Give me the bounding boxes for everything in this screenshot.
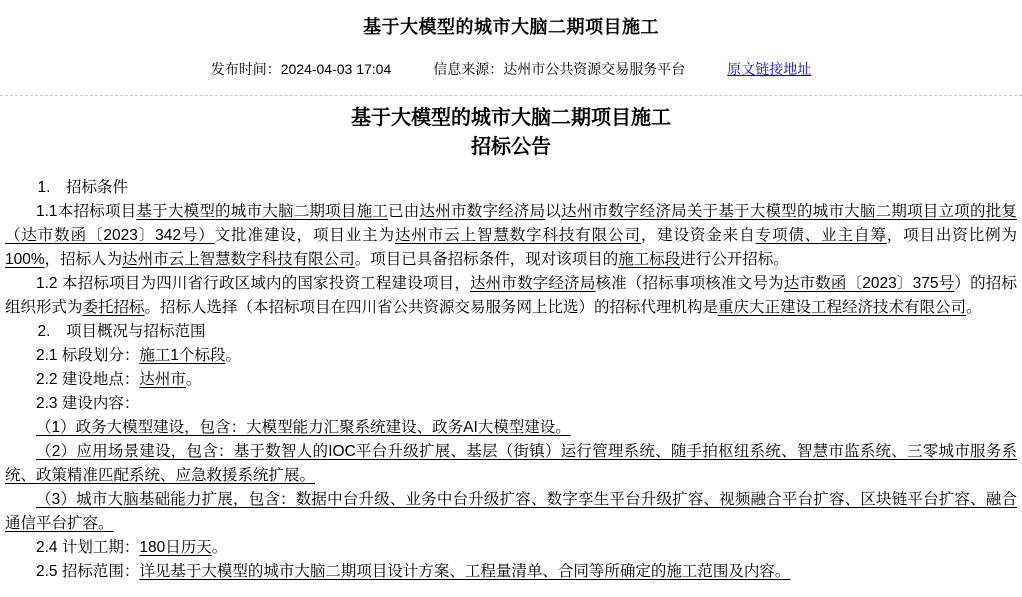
- underlined-text: 详见基于大模型的城市大脑二期项目设计方案、工程量清单、合同等所确定的施工范围及内…: [139, 563, 790, 580]
- text-run: ，招标人为: [45, 251, 123, 268]
- paragraph-2-3: 2.3 建设内容：: [5, 392, 1017, 416]
- original-link[interactable]: 原文链接地址: [727, 59, 811, 79]
- text-run: 1. 招标条件: [38, 179, 128, 196]
- paragraph-2-5: 2.5 招标范围：详见基于大模型的城市大脑二期项目设计方案、工程量清单、合同等所…: [5, 560, 1017, 584]
- paragraph-list: 1. 招标条件1.1本招标项目基于大模型的城市大脑二期项目施工已由达州市数字经济…: [5, 176, 1017, 584]
- underlined-text: 达州市: [139, 371, 186, 388]
- underlined-text: 达州市数字经济局: [420, 203, 546, 220]
- text-run: 。: [225, 347, 241, 364]
- underlined-text: 委托招标: [83, 299, 145, 316]
- text-run: ，建设资金来自: [641, 227, 756, 244]
- underlined-text: 施工1个标段: [139, 347, 225, 364]
- underlined-text: 180日历天: [139, 539, 211, 556]
- document-title: 基于大模型的城市大脑二期项目施工: [5, 104, 1017, 133]
- underlined-text: （1）政务大模型建设，包含：大模型能力汇聚系统建设、政务AI大模型建设。: [36, 419, 571, 436]
- paragraph-2-2: 2.2 建设地点：达州市。: [5, 368, 1017, 392]
- underlined-text: 重庆大正建设工程经济技术有限公司: [718, 299, 966, 316]
- text-run: 2. 项目概况与招标范围: [38, 323, 206, 340]
- text-run: 以: [545, 203, 561, 220]
- text-run: 。招标人选择（本招标项目在四川省公共资源交易服务网上比选）的招标代理机构是: [145, 299, 719, 316]
- underlined-text: 达州市云上智慧数字科技有限公司: [395, 227, 641, 244]
- underlined-text: （2）应用场景建设，包含：基于数智人的IOC平台升级扩展、基层（街镇）运行管理系…: [5, 443, 1017, 484]
- underlined-text: 施工标段: [618, 251, 680, 268]
- text-run: ，项目出资比例为: [887, 227, 1017, 244]
- text-run: 。: [212, 539, 228, 556]
- paragraph-2-3-item-2: （2）应用场景建设，包含：基于数智人的IOC平台升级扩展、基层（街镇）运行管理系…: [5, 440, 1017, 488]
- underlined-text: 基于大模型的城市大脑二期项目施工: [136, 203, 388, 220]
- text-run: 进行公开招标。: [680, 251, 789, 268]
- document-body: 基于大模型的城市大脑二期项目施工 招标公告 1. 招标条件1.1本招标项目基于大…: [0, 104, 1022, 584]
- publish-time: 发布时间：2024-04-03 17:04: [211, 59, 392, 79]
- text-run: 1.2 本招标项目为四川省行政区域内的国家投资工程建设项目，: [36, 275, 470, 292]
- publish-time-value: 2024-04-03 17:04: [281, 61, 392, 77]
- info-source-value: 达州市公共资源交易服务平台: [503, 61, 685, 77]
- paragraph-1-1: 1.1本招标项目基于大模型的城市大脑二期项目施工已由达州市数字经济局以达州市数字…: [5, 200, 1017, 272]
- info-source-label: 信息来源：: [433, 61, 503, 77]
- paragraph-2-1: 2.1 标段划分：施工1个标段。: [5, 344, 1017, 368]
- paragraph-2-4: 2.4 计划工期：180日历天。: [5, 536, 1017, 560]
- publish-time-label: 发布时间：: [211, 61, 281, 77]
- page-header: 基于大模型的城市大脑二期项目施工 发布时间：2024-04-03 17:04 信…: [0, 0, 1022, 79]
- paragraph-1-2: 1.2 本招标项目为四川省行政区域内的国家投资工程建设项目，达州市数字经济局核准…: [5, 272, 1017, 320]
- underlined-text: 专项债、业主自筹: [756, 227, 887, 244]
- text-run: 2.3 建设内容：: [36, 395, 139, 412]
- underlined-text: 100%: [5, 251, 45, 268]
- text-run: 。: [966, 299, 982, 316]
- header-divider: [0, 95, 1022, 96]
- underlined-text: 达市数函〔2023〕375号: [784, 275, 955, 292]
- text-run: 2.2 建设地点：: [36, 371, 139, 388]
- text-run: 。: [186, 371, 202, 388]
- underlined-text: （3）城市大脑基础能力扩展，包含：数据中台升级、业务中台升级扩容、数字孪生平台升…: [5, 491, 1017, 532]
- underlined-text: 达州市数字经济局: [470, 275, 596, 292]
- meta-row: 发布时间：2024-04-03 17:04 信息来源：达州市公共资源交易服务平台…: [0, 59, 1022, 79]
- document-subtitle: 招标公告: [5, 133, 1017, 162]
- text-run: 1.1本招标项目: [36, 203, 136, 220]
- section-2-heading: 2. 项目概况与招标范围: [5, 320, 1017, 344]
- text-run: 2.1 标段划分：: [36, 347, 139, 364]
- page-title: 基于大模型的城市大脑二期项目施工: [0, 13, 1022, 39]
- text-run: 核准（招标事项核准文号为: [596, 275, 784, 292]
- text-run: 2.5 招标范围：: [36, 563, 139, 580]
- text-run: 。项目已具备招标条件，现对该项目的: [355, 251, 619, 268]
- paragraph-2-3-item-1: （1）政务大模型建设，包含：大模型能力汇聚系统建设、政务AI大模型建设。: [5, 416, 1017, 440]
- section-1-heading: 1. 招标条件: [5, 176, 1017, 200]
- text-run: 2.4 计划工期：: [36, 539, 139, 556]
- text-run: 已由: [388, 203, 419, 220]
- underlined-text: 达州市云上智慧数字科技有限公司: [122, 251, 355, 268]
- paragraph-2-3-item-3: （3）城市大脑基础能力扩展，包含：数据中台升级、业务中台升级扩容、数字孪生平台升…: [5, 488, 1017, 536]
- text-run: 文批准建设，项目业主为: [215, 227, 395, 244]
- info-source: 信息来源：达州市公共资源交易服务平台: [433, 59, 685, 79]
